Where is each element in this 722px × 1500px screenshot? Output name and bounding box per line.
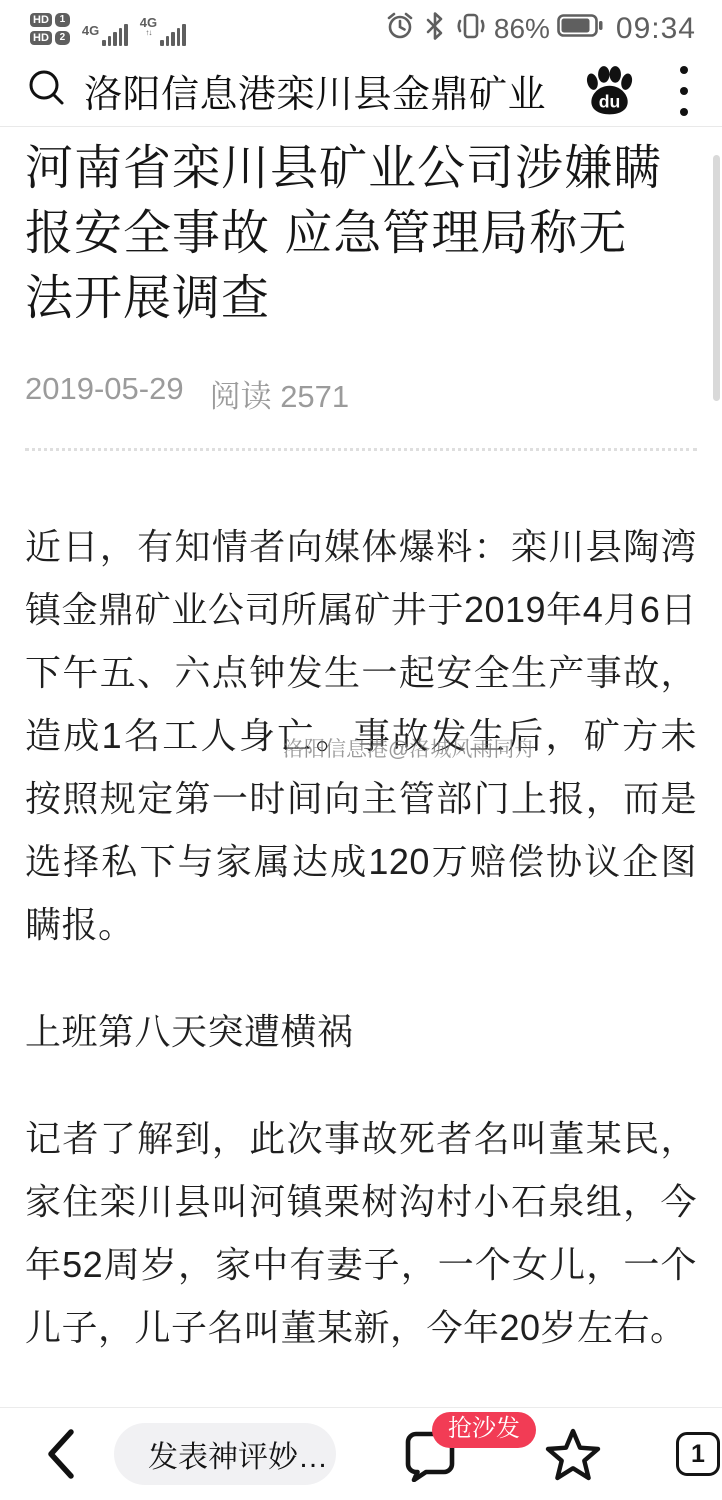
- subheading: 上班第八天突遭横祸: [25, 1000, 697, 1063]
- publish-date: 2019-05-29: [25, 371, 184, 416]
- clock-time: 09:34: [616, 12, 696, 46]
- overflow-menu-icon[interactable]: [674, 62, 694, 120]
- bluetooth-icon: [422, 10, 448, 47]
- search-icon: [26, 67, 68, 114]
- sim1-icon: 1: [55, 13, 70, 27]
- status-left: HD 1 HD 2 4G 4G ↑↓: [30, 12, 186, 46]
- hd-badge-sim2: HD 2: [30, 31, 70, 45]
- favorite-star-button[interactable]: [544, 1426, 602, 1482]
- battery-percent: 86%: [494, 13, 550, 45]
- network-type-label: 4G: [82, 24, 99, 37]
- hd-badges: HD 1 HD 2: [30, 13, 70, 45]
- article-meta: 2019-05-29 阅读 2571: [25, 371, 697, 416]
- search-header: 洛阳信息港栾川县金鼎矿业 du: [0, 55, 722, 127]
- bottom-toolbar: 发表神评妙… 抢沙发 1: [0, 1407, 722, 1500]
- first-comment-badge: 抢沙发: [432, 1412, 536, 1448]
- dotted-divider: [25, 448, 697, 451]
- signal-bars-icon: [102, 24, 128, 46]
- status-bar: HD 1 HD 2 4G 4G ↑↓: [0, 0, 722, 55]
- sim2-icon: 2: [55, 31, 70, 45]
- hd-icon: HD: [30, 13, 52, 27]
- alarm-icon: [385, 11, 415, 46]
- comments-button[interactable]: 抢沙发: [400, 1426, 456, 1482]
- network-type-label: 4G: [140, 16, 157, 29]
- tab-count-button[interactable]: 1: [676, 1432, 720, 1476]
- battery-icon: [557, 13, 604, 44]
- data-arrows-icon: ↑↓: [145, 29, 151, 37]
- source-watermark: 洛阳信息港@洛城风雨同舟: [283, 733, 535, 763]
- scrollbar[interactable]: [713, 155, 720, 401]
- paragraph: 记者了解到，此次事故死者名叫董某民，家住栾川县叫河镇栗树沟村小石泉组，今年52周…: [25, 1107, 697, 1359]
- signal-bars-icon: [160, 24, 186, 46]
- hd-icon: HD: [30, 31, 52, 45]
- back-button[interactable]: [44, 1427, 76, 1481]
- svg-text:du: du: [599, 91, 621, 111]
- comment-input[interactable]: 发表神评妙…: [114, 1423, 336, 1485]
- article-page: 河南省栾川县矿业公司涉嫌瞒报安全事故 应急管理局称无法开展调查 2019-05-…: [0, 128, 722, 1407]
- article-body: 近日，有知情者向媒体爆料：栾川县陶湾镇金鼎矿业公司所属矿井于2019年4月6日下…: [25, 515, 697, 1407]
- read-count: 阅读 2571: [210, 371, 350, 416]
- hd-badge-sim1: HD 1: [30, 13, 70, 27]
- signal-strength-icon-1: 4G: [82, 12, 128, 46]
- status-right: 86% 09:34: [385, 10, 696, 47]
- signal-strength-icon-2: 4G ↑↓: [140, 12, 186, 46]
- article-title: 河南省栾川县矿业公司涉嫌瞒报安全事故 应急管理局称无法开展调查: [25, 136, 675, 331]
- baidu-paw-icon[interactable]: du: [582, 64, 636, 118]
- vibrate-icon: [455, 10, 487, 47]
- search-input[interactable]: 洛阳信息港栾川县金鼎矿业: [84, 63, 582, 118]
